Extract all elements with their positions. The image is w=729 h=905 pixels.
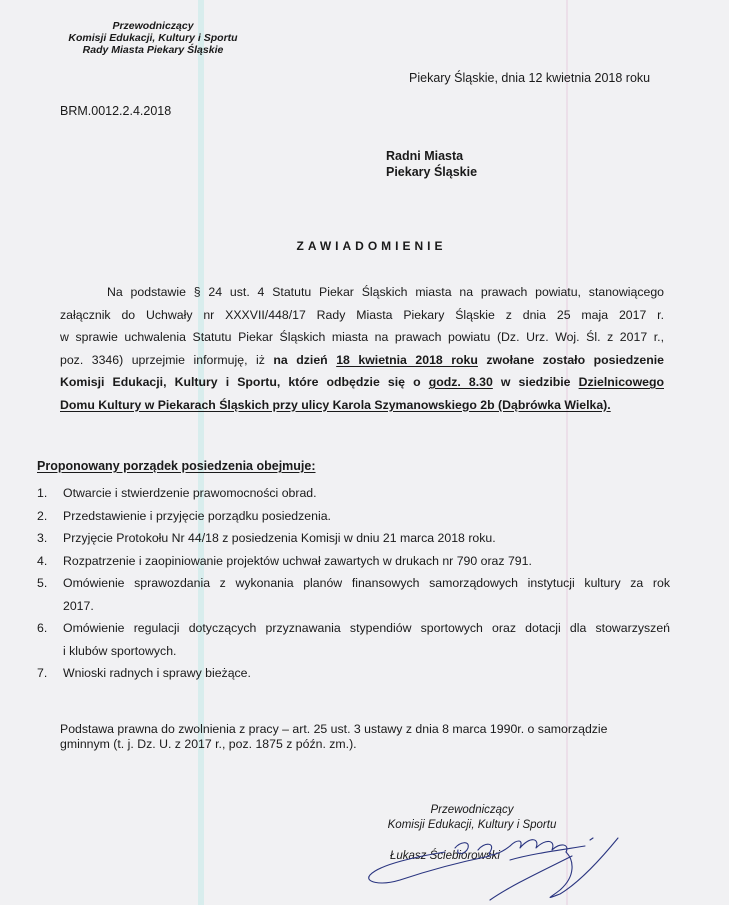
addressee-line-1: Radni Miasta (386, 148, 477, 164)
handwritten-signature (360, 820, 620, 905)
agenda-item: 3.Przyjęcie Protokołu Nr 44/18 z posiedz… (37, 527, 670, 550)
agenda-item: 6.Omówienie regulacji dotyczących przyzn… (37, 617, 670, 662)
body-line: poz. 3346) uprzejmie informuję, iż na dz… (60, 349, 664, 372)
sender-council: Rady Miasta Piekary Śląskie (58, 44, 248, 56)
agenda-item-number: 1. (37, 482, 47, 505)
agenda-item-text: Otwarcie i stwierdzenie prawomocności ob… (63, 482, 670, 505)
sender-committee: Komisji Edukacji, Kultury i Sportu (58, 32, 248, 44)
body-line: Komisji Edukacji, Kultury i Sportu, któr… (60, 371, 664, 394)
body-line: Na podstawie § 24 ust. 4 Statutu Piekar … (60, 281, 664, 304)
document-page: Przewodniczący Komisji Edukacji, Kultury… (0, 0, 729, 905)
date-line: Piekary Śląskie, dnia 12 kwietnia 2018 r… (409, 71, 650, 85)
notice-body: Na podstawie § 24 ust. 4 Statutu Piekar … (60, 281, 664, 416)
agenda-item-number: 7. (37, 662, 47, 685)
sender-role: Przewodniczący (58, 20, 248, 32)
meeting-date: 18 kwietnia 2018 roku (336, 353, 478, 367)
addressee-line-2: Piekary Śląskie (386, 164, 477, 180)
agenda-item: 1.Otwarcie i stwierdzenie prawomocności … (37, 482, 670, 505)
agenda-item-number: 2. (37, 505, 47, 528)
agenda-item-text: Przedstawienie i przyjęcie porządku posi… (63, 505, 670, 528)
agenda-item-text: Omówienie regulacji dotyczących przyznaw… (63, 617, 670, 662)
signer-role: Przewodniczący (362, 803, 582, 818)
body-line: w sprawie uchwalenia Statutu Piekar Śląs… (60, 326, 664, 349)
body-line: załącznik do Uchwały nr XXXVII/448/17 Ra… (60, 304, 664, 327)
agenda-item-text: Przyjęcie Protokołu Nr 44/18 z posiedzen… (63, 527, 670, 550)
document-title: ZAWIADOMIENIE (0, 239, 729, 253)
agenda-item: 5. Omówienie sprawozdania z wykonania pl… (37, 572, 670, 617)
legal-basis: Podstawa prawna do zwolnienia z pracy – … (60, 722, 664, 752)
sender-header: Przewodniczący Komisji Edukacji, Kultury… (58, 20, 248, 56)
venue-part-1: Dzielnicowego (579, 375, 664, 389)
addressee: Radni Miasta Piekary Śląskie (386, 148, 477, 180)
agenda-item: 4.Rozpatrzenie i zaopiniowanie projektów… (37, 550, 670, 573)
agenda-list: 1.Otwarcie i stwierdzenie prawomocności … (37, 482, 670, 685)
venue-part-2: Domu Kultury w Piekarach Śląskich przy u… (60, 398, 611, 412)
agenda-item-number: 6. (37, 617, 47, 640)
meeting-time: godz. 8.30 (429, 375, 493, 389)
agenda-item-text: Rozpatrzenie i zaopiniowanie projektów u… (63, 550, 670, 573)
agenda-item-number: 3. (37, 527, 47, 550)
agenda-item: 7.Wnioski radnych i sprawy bieżące. (37, 662, 670, 685)
agenda-item-number: 5. (37, 572, 47, 595)
agenda-heading: Proponowany porządek posiedzenia obejmuj… (37, 459, 316, 473)
agenda-item-text: Wnioski radnych i sprawy bieżące. (63, 662, 670, 685)
reference-number: BRM.0012.2.4.2018 (60, 104, 171, 118)
agenda-item: 2.Przedstawienie i przyjęcie porządku po… (37, 505, 670, 528)
agenda-item-text: Omówienie sprawozdania z wykonania planó… (63, 572, 670, 617)
agenda-item-number: 4. (37, 550, 47, 573)
body-line: Domu Kultury w Piekarach Śląskich przy u… (60, 394, 664, 417)
